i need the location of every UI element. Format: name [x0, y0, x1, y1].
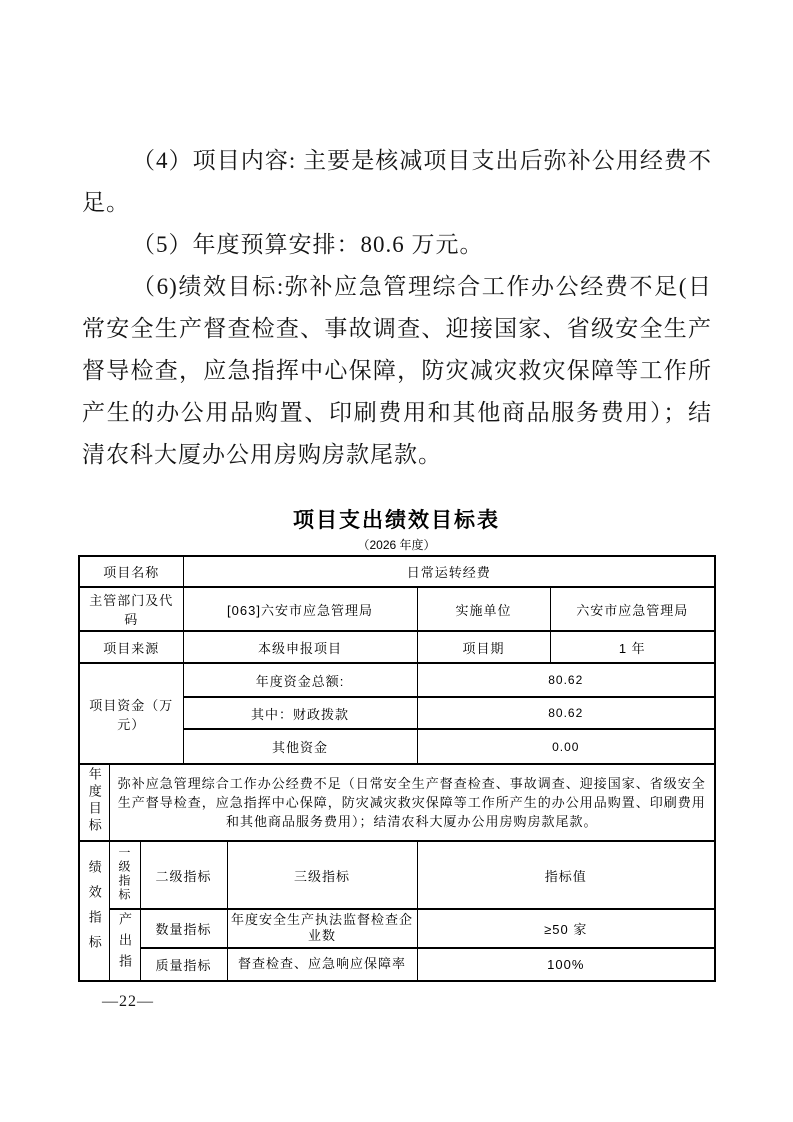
- annual-goal-label-text: 年度目标: [85, 767, 104, 835]
- paragraph-annual-budget: （5）年度预算安排：80.6 万元。: [82, 224, 712, 266]
- quantity-indicator-label: 数量指标: [140, 909, 227, 948]
- level1-header-text: 一级指标: [116, 846, 133, 902]
- paragraph-performance-goal: （6)绩效目标:弥补应急管理综合工作办公经费不足(日常安全生产督查检查、事故调查…: [82, 266, 712, 476]
- performance-target-table: 项目名称 日常运转经费 主管部门及代码 [063]六安市应急管理局 实施单位 六…: [78, 555, 716, 982]
- implement-unit-value: 六安市应急管理局: [550, 587, 715, 631]
- quantity-indicator-value: ≥50 家: [417, 909, 715, 948]
- row-annual-goal: 年度目标 弥补应急管理综合工作办公经费不足（日常安全生产督查检查、事故调查、迎接…: [79, 764, 715, 841]
- quality-indicator-label: 质量指标: [140, 948, 227, 981]
- row-indicator-quantity: 产出指 数量指标 年度安全生产执法监督检查企业数 ≥50 家: [79, 909, 715, 948]
- project-name-value: 日常运转经费: [183, 556, 715, 587]
- level2-header: 二级指标: [140, 841, 227, 909]
- project-name-label: 项目名称: [79, 556, 183, 587]
- row-project-name: 项目名称 日常运转经费: [79, 556, 715, 587]
- paragraph-project-content: （4）项目内容: 主要是核减项目支出后弥补公用经费不足。: [82, 140, 712, 224]
- performance-label-text: 绩效指标: [85, 860, 104, 960]
- row-funds-total: 项目资金（万元） 年度资金总额: 80.62: [79, 663, 715, 697]
- level1-header: 一级指标: [109, 841, 140, 909]
- table-title: 项目支出绩效目标表: [0, 504, 793, 534]
- row-indicator-quality: 质量指标 督查检查、应急响应保障率 100%: [79, 948, 715, 981]
- annual-goal-label: 年度目标: [79, 764, 109, 841]
- project-source-value: 本级申报项目: [183, 631, 417, 663]
- row-indicator-headers: 绩效指标 一级指标 二级指标 三级指标 指标值: [79, 841, 715, 909]
- department-label: 主管部门及代码: [79, 587, 183, 631]
- performance-label: 绩效指标: [79, 841, 109, 981]
- level3-header: 三级指标: [227, 841, 417, 909]
- funds-total-label: 年度资金总额:: [183, 663, 417, 697]
- output-indicator-label: 产出指: [109, 909, 140, 981]
- quality-indicator-value: 100%: [417, 948, 715, 981]
- page-number: —22—: [102, 993, 154, 1011]
- project-source-label: 项目来源: [79, 631, 183, 663]
- funds-other-label: 其他资金: [183, 729, 417, 764]
- funds-other-value: 0.00: [417, 729, 715, 764]
- quantity-indicator-name: 年度安全生产执法监督检查企业数: [227, 909, 417, 948]
- annual-goal-text: 弥补应急管理综合工作办公经费不足（日常安全生产督查检查、事故调查、迎接国家、省级…: [109, 764, 715, 841]
- project-period-label: 项目期: [417, 631, 550, 663]
- row-source-period: 项目来源 本级申报项目 项目期 1 年: [79, 631, 715, 663]
- project-funds-label: 项目资金（万元）: [79, 663, 183, 764]
- funds-total-value: 80.62: [417, 663, 715, 697]
- table-year-note: （2026 年度）: [0, 536, 793, 553]
- output-indicator-label-text: 产出指: [115, 912, 134, 975]
- document-page: （4）项目内容: 主要是核减项目支出后弥补公用经费不足。 （5）年度预算安排：8…: [0, 0, 793, 1122]
- department-value: [063]六安市应急管理局: [183, 587, 417, 631]
- funds-fiscal-value: 80.62: [417, 697, 715, 729]
- value-header: 指标值: [417, 841, 715, 909]
- project-period-value: 1 年: [550, 631, 715, 663]
- body-text-block: （4）项目内容: 主要是核减项目支出后弥补公用经费不足。 （5）年度预算安排：8…: [82, 140, 712, 476]
- implement-unit-label: 实施单位: [417, 587, 550, 631]
- funds-fiscal-label: 其中：财政拨款: [183, 697, 417, 729]
- quality-indicator-name: 督查检查、应急响应保障率: [227, 948, 417, 981]
- row-department: 主管部门及代码 [063]六安市应急管理局 实施单位 六安市应急管理局: [79, 587, 715, 631]
